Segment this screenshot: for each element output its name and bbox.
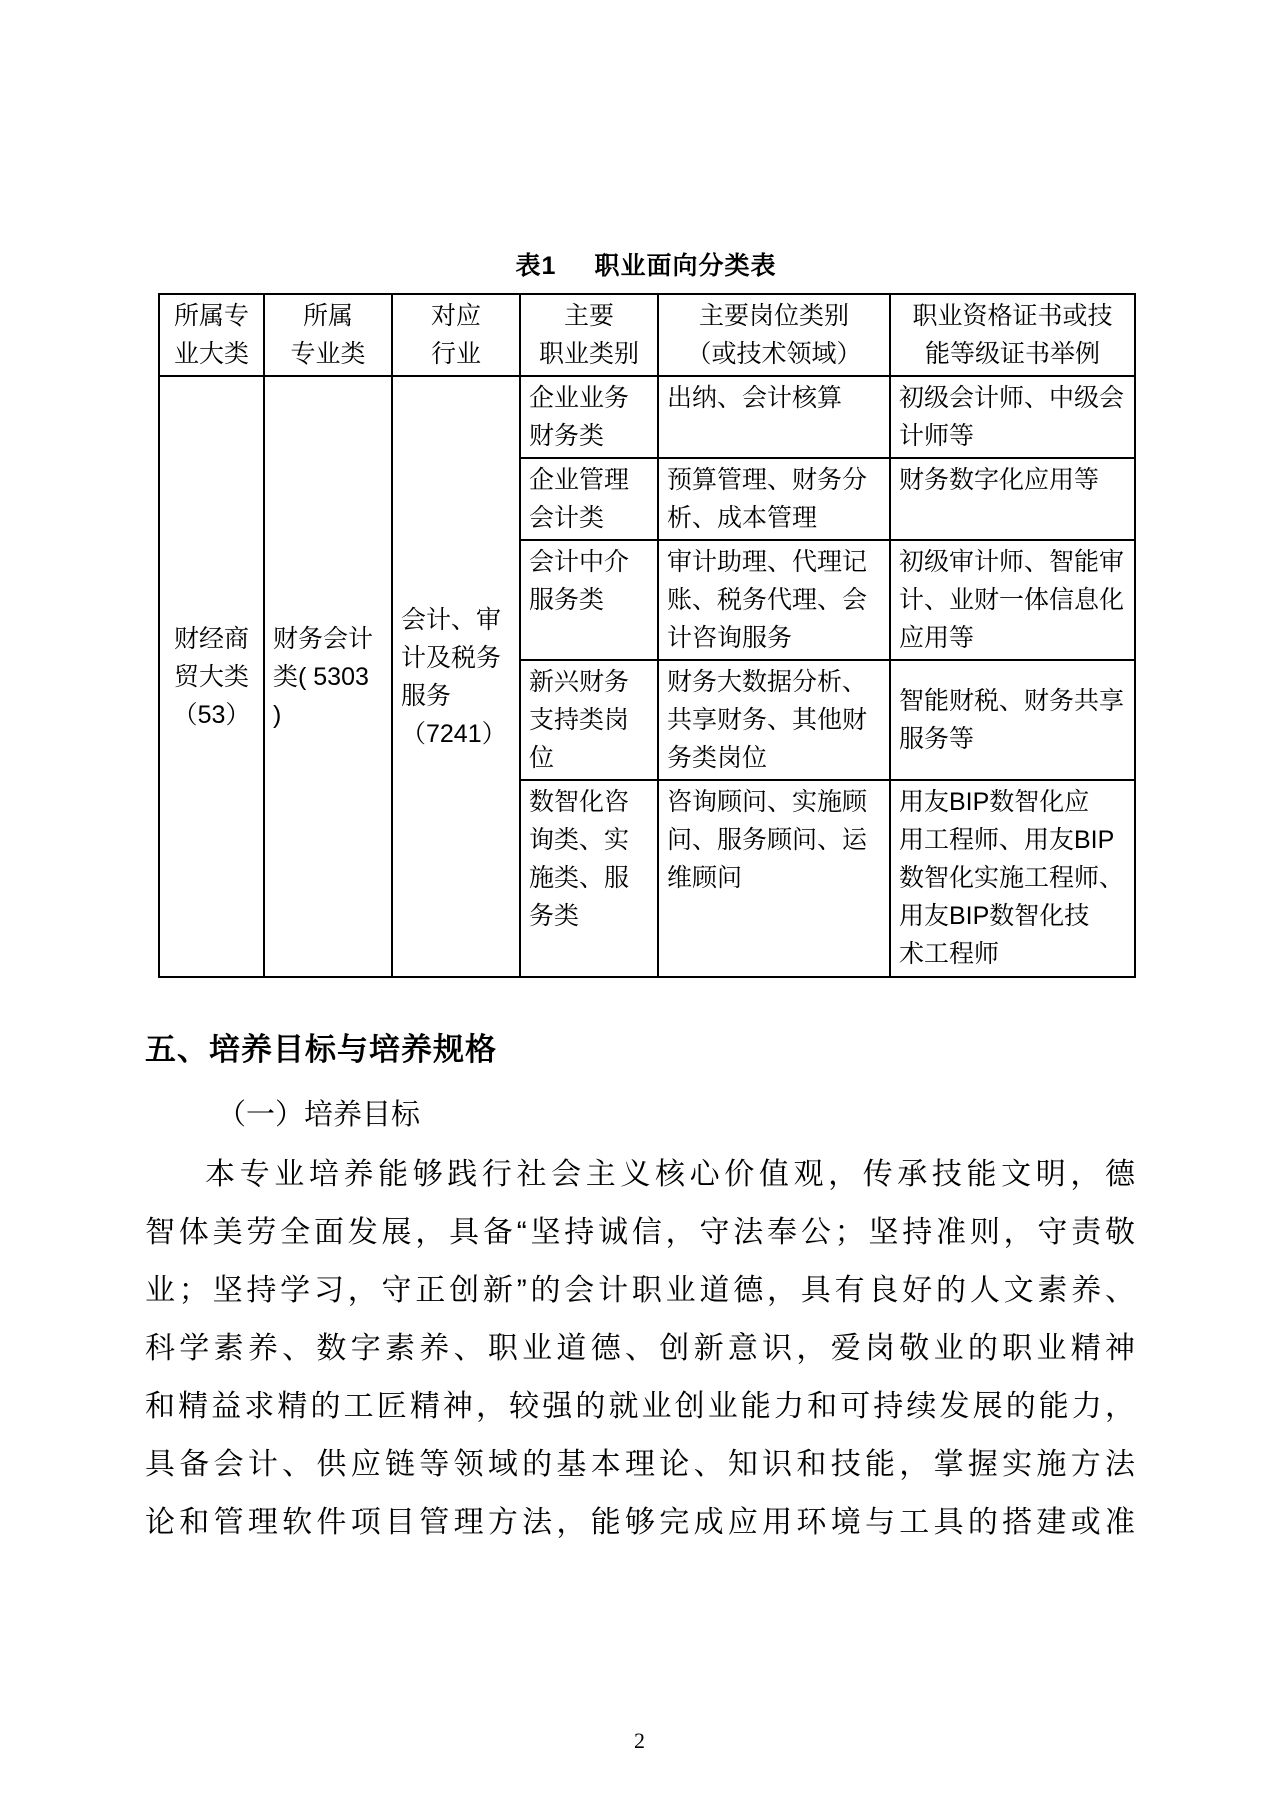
cell-positions: 咨询顾问、实施顾 问、服务顾问、运 维顾问	[658, 780, 890, 977]
header-major-category: 所属专 业大类	[159, 294, 264, 376]
table-caption-title: 职业面向分类表	[594, 252, 776, 280]
paragraph-line: 论和管理软件项目管理方法，能够完成应用环境与工具的搭建或准	[145, 1494, 1135, 1552]
cell-positions: 审计助理、代理记 账、税务代理、会 计咨询服务	[658, 540, 890, 660]
cell-industry: 会计、审 计及税务 服务 （7241）	[392, 376, 520, 977]
header-category: 所属 专业类	[264, 294, 392, 376]
cell-certificates: 智能财税、财务共享 服务等	[890, 660, 1135, 780]
cell-job-class: 会计中介 服务类	[520, 540, 658, 660]
header-industry: 对应 行业	[392, 294, 520, 376]
cell-positions: 出纳、会计核算	[658, 376, 890, 458]
page-number: 2	[0, 1728, 1279, 1754]
cell-job-class: 企业业务 财务类	[520, 376, 658, 458]
paragraph-line: 和精益求精的工匠精神，较强的就业创业能力和可持续发展的能力，	[145, 1378, 1135, 1436]
paragraph-line: 智体美劳全面发展，具备“坚持诚信，守法奉公；坚持准则，守责敬	[145, 1204, 1135, 1262]
cell-category: 财务会计 类( 5303 )	[264, 376, 392, 977]
section-subheading: （一）培养目标	[145, 1092, 1135, 1133]
cell-job-class: 企业管理 会计类	[520, 458, 658, 540]
cell-certificates: 用友BIP数智化应 用工程师、用友BIP 数智化实施工程师、 用友BIP数智化技…	[890, 780, 1135, 977]
paragraph-line: 本专业培养能够践行社会主义核心价值观，传承技能文明，德	[145, 1146, 1135, 1204]
header-certificates: 职业资格证书或技 能等级证书举例	[890, 294, 1135, 376]
cell-certificates: 初级审计师、智能审 计、业财一体信息化 应用等	[890, 540, 1135, 660]
occupation-orientation-table: 所属专 业大类 所属 专业类 对应 行业 主要 职业类别 主要岗位类别 （或技术…	[158, 293, 1136, 978]
paragraph-line: 业；坚持学习，守正创新”的会计职业道德，具有良好的人文素养、	[145, 1262, 1135, 1320]
header-job-class: 主要 职业类别	[520, 294, 658, 376]
cell-major-category: 财经商 贸大类 （53）	[159, 376, 264, 977]
table-header-row: 所属专 业大类 所属 专业类 对应 行业 主要 职业类别 主要岗位类别 （或技术…	[159, 294, 1135, 376]
cell-positions: 预算管理、财务分 析、成本管理	[658, 458, 890, 540]
cell-certificates: 初级会计师、中级会 计师等	[890, 376, 1135, 458]
document-page: 表1职业面向分类表 所属专 业大类 所属 专业类 对应 行业 主要 职业类别 主…	[0, 0, 1279, 1809]
table-row: 财经商 贸大类 （53） 财务会计 类( 5303 ) 会计、审 计及税务 服务…	[159, 376, 1135, 458]
paragraph-line: 科学素养、数字素养、职业道德、创新意识，爱岗敬业的职业精神	[145, 1320, 1135, 1378]
cell-positions: 财务大数据分析、 共享财务、其他财 务类岗位	[658, 660, 890, 780]
paragraph-line: 具备会计、供应链等领域的基本理论、知识和技能，掌握实施方法	[145, 1436, 1135, 1494]
section-heading: 五、培养目标与培养规格	[145, 1024, 1135, 1069]
cell-job-class: 数智化咨 询类、实 施类、服 务类	[520, 780, 658, 977]
cell-certificates: 财务数字化应用等	[890, 458, 1135, 540]
training-objective-paragraph: 本专业培养能够践行社会主义核心价值观，传承技能文明，德 智体美劳全面发展，具备“…	[145, 1146, 1135, 1552]
cell-job-class: 新兴财务 支持类岗 位	[520, 660, 658, 780]
table-caption-number: 表1	[516, 252, 557, 280]
header-position-class: 主要岗位类别 （或技术领域）	[658, 294, 890, 376]
table-caption: 表1职业面向分类表	[158, 246, 1134, 282]
